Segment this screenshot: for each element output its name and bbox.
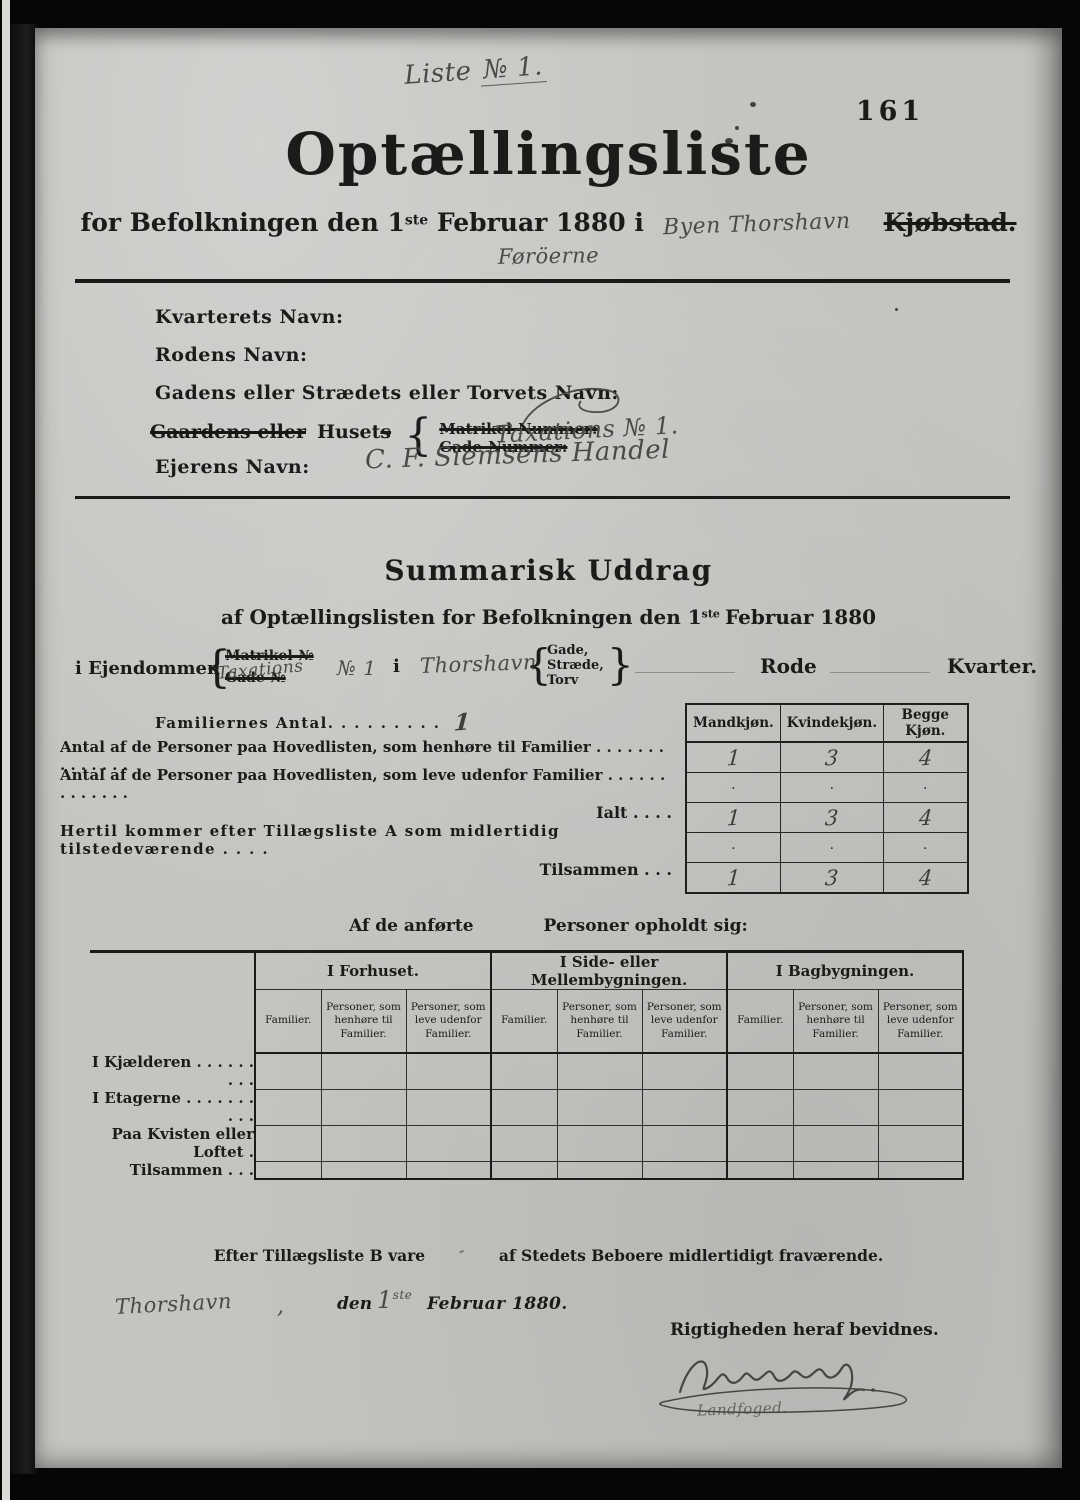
kvarter-label: Kvarter. [947, 654, 1037, 678]
occupancy-title-part1: Af de anførte [349, 916, 473, 936]
building-group-header-row: I Forhuset. I Side- eller Mellembygninge… [90, 952, 963, 990]
handwritten-list-number: Liste № 1. [334, 46, 615, 95]
table-row: 1 3 4 [686, 742, 968, 773]
table-row: Paa Kvisten eller Loftet . [90, 1125, 963, 1161]
gade-line: Gade, [547, 643, 604, 658]
table-cell [642, 1089, 727, 1125]
table-cell: 3 [780, 742, 883, 773]
table-cell [727, 1089, 793, 1125]
sidebygning-group-header: I Side- eller Mellembygningen. [491, 952, 727, 990]
table-cell [727, 1161, 793, 1179]
table-cell [321, 1089, 406, 1125]
ejendommen-prefix: i Ejendommen [75, 658, 220, 679]
table-cell [406, 1161, 491, 1179]
document-subtitle: for Befolkningen den 1ste Februar 1880 i… [35, 208, 1062, 237]
tillaegsliste-a-label: Hertil kommer efter Tillægsliste A som m… [60, 826, 672, 854]
husets-label: Huset [317, 421, 380, 443]
kvarterets-navn-label: Kvarterets Navn: [155, 306, 343, 328]
handwritten-region-name: Føröerne [35, 235, 1062, 277]
absentees-text-2: af Stedets Beboere midlertidigt fraværen… [499, 1246, 883, 1265]
absentees-line: Efter Tillægsliste B vare ″ af Stedets B… [35, 1246, 1062, 1265]
table-cell [878, 1089, 963, 1125]
table-cell: 3 [780, 863, 883, 894]
rodens-navn-label: Rodens Navn: [155, 344, 308, 366]
gade-braces-close: } [607, 640, 634, 689]
table-cell [727, 1125, 793, 1161]
subtitle-printed-1: for Befolkningen den 1 [80, 208, 404, 237]
attestation-label: Rigtigheden heraf bevidnes. [670, 1320, 939, 1340]
handwritten-town-name: Byen Thorshavn [663, 209, 851, 241]
rode-label: Rode [760, 654, 817, 678]
torv-line: Torv [547, 673, 604, 688]
signature-title: Landfoged. [697, 1398, 788, 1419]
handwritten-ditto-mark: ″ [459, 1249, 465, 1265]
summary-title: Summarisk Uddrag [35, 554, 1062, 587]
gender-summary-table: Mandkjøn. Kvindekjøn. Begge Kjøn. 1 3 4 … [685, 703, 969, 894]
handwritten-day-suffix: ste [393, 1288, 413, 1302]
familiernes-antal-row: Familiernes Antal. . . . . . . . . 1 [60, 703, 672, 742]
familiernes-antal-label: Familiernes Antal. . . . . . . . . [155, 714, 440, 732]
tilsammen-label: Tilsammen . . . [60, 854, 672, 884]
summary-subtitle-sup: ste [702, 608, 720, 621]
table-cell [406, 1053, 491, 1089]
table-cell [406, 1089, 491, 1125]
table-row: 1 3 4 [686, 863, 968, 894]
table-cell [642, 1053, 727, 1089]
kvarter-blank-line [830, 672, 930, 673]
table-cell [878, 1125, 963, 1161]
table-cell [727, 1053, 793, 1089]
ink-speck [750, 102, 756, 107]
table-cell [557, 1125, 642, 1161]
horizontal-rule-top [75, 279, 1010, 283]
table-cell [557, 1089, 642, 1125]
table-cell [793, 1053, 878, 1089]
summary-subtitle-2: Februar 1880 [725, 605, 876, 629]
handwritten-place: Thorshavn [114, 1289, 232, 1319]
table-cell: 4 [884, 803, 968, 833]
sidebygning-henhoere-header: Personer, som henhøre til Familier. [557, 990, 642, 1054]
handwritten-list-number-value: № 1. [479, 51, 547, 87]
kjaelderen-row-label: I Kjælderen . . . . . . . . . [90, 1053, 255, 1089]
summary-label-column: Familiernes Antal. . . . . . . . . 1 Ant… [60, 703, 672, 884]
table-cell [642, 1161, 727, 1179]
table-cell: · [686, 833, 780, 863]
printed-date-rest: Februar 1880. [427, 1294, 568, 1314]
sidebygning-udenfor-header: Personer, som leve udenfor Familier. [642, 990, 727, 1054]
table-cell [491, 1125, 557, 1161]
handwritten-day: 1ste [377, 1286, 412, 1314]
table-row: 1 3 4 [686, 803, 968, 833]
kvisten-row-label: Paa Kvisten eller Loftet . [90, 1125, 255, 1161]
census-form-page: Liste № 1. 161 Optællingsliste for Befol… [35, 28, 1062, 1468]
table-cell [878, 1161, 963, 1179]
table-cell [557, 1161, 642, 1179]
table-row: · · · [686, 833, 968, 863]
table-cell: 1 [686, 863, 780, 894]
subtitle-printed-3: Februar 1880 i [437, 208, 644, 237]
absentees-text-1: Efter Tillægsliste B vare [214, 1246, 425, 1265]
table-cell [793, 1161, 878, 1179]
scanned-census-document: { "page_number": "161", "header": { "hw_… [0, 0, 1080, 1500]
table-cell [491, 1089, 557, 1125]
bagbygning-udenfor-header: Personer, som leve udenfor Familier. [878, 990, 963, 1054]
mandkjoen-header: Mandkjøn. [686, 704, 780, 742]
forhuset-henhoere-header: Personer, som henhøre til Familier. [321, 990, 406, 1054]
ink-speck [895, 308, 898, 311]
table-cell [255, 1161, 321, 1179]
table-cell [321, 1125, 406, 1161]
den-label: den [337, 1294, 372, 1314]
table-cell [321, 1053, 406, 1089]
table-cell [255, 1089, 321, 1125]
table-row: · · · [686, 773, 968, 803]
table-cell [491, 1161, 557, 1179]
bagbygning-familier-header: Familier. [727, 990, 793, 1054]
table-cell: · [780, 833, 883, 863]
table-cell [491, 1053, 557, 1089]
subtitle-superscript: ste [405, 213, 428, 229]
empty-label-cell [90, 990, 255, 1054]
handwritten-ejendommen-number: № 1 [337, 656, 377, 680]
handwritten-ejendommen-town: Thorshavn [420, 650, 538, 678]
tilsammen-row-label: Tilsammen . . . [90, 1161, 255, 1179]
table-cell: 1 [686, 803, 780, 833]
table-cell: · [884, 773, 968, 803]
corner-cell [90, 952, 255, 990]
handwritten-comma: , [277, 1294, 285, 1319]
straede-line: Stræde, [547, 658, 604, 673]
building-occupancy-table: I Forhuset. I Side- eller Mellembygninge… [90, 950, 964, 1180]
ejendommen-row: i Ejendommen { Matrikel-№ Gade-№ Taxatio… [75, 640, 1022, 702]
forhuset-familier-header: Familier. [255, 990, 321, 1054]
forhuset-udenfor-header: Personer, som leve udenfor Familier. [406, 990, 491, 1054]
table-cell [406, 1125, 491, 1161]
ejendommen-i-label: i [393, 656, 400, 677]
occupancy-title-part2: Personer opholdt sig: [544, 916, 748, 936]
document-title: Optællingsliste [35, 120, 1062, 188]
sidebygning-familier-header: Familier. [491, 990, 557, 1054]
table-cell: · [780, 773, 883, 803]
summary-subtitle: af Optællingslisten for Befolkningen den… [35, 605, 1062, 629]
table-row: Tilsammen . . . [90, 1161, 963, 1179]
etagerne-row-label: I Etagerne . . . . . . . . . . [90, 1089, 255, 1125]
rode-blank-line [635, 672, 735, 673]
gender-table-header-row: Mandkjøn. Kvindekjøn. Begge Kjøn. [686, 704, 968, 742]
gaardens-eller-struck: Gaardens eller [150, 421, 306, 443]
table-cell: 4 [884, 742, 968, 773]
table-cell: 4 [884, 863, 968, 894]
scan-edge-white-strip [2, 0, 10, 1500]
handwritten-familier-count: 1 [453, 708, 472, 736]
table-cell [793, 1089, 878, 1125]
table-row: I Kjælderen . . . . . . . . . [90, 1053, 963, 1089]
bagbygning-group-header: I Bagbygningen. [727, 952, 963, 990]
kvindekjoen-header: Kvindekjøn. [780, 704, 883, 742]
table-cell [255, 1053, 321, 1089]
table-cell [878, 1053, 963, 1089]
bagbygning-henhoere-header: Personer, som henhøre til Familier. [793, 990, 878, 1054]
table-cell [793, 1125, 878, 1161]
summary-subtitle-1: af Optællingslisten for Befolkningen den… [221, 605, 702, 629]
gade-straede-torv-stack: Gade, Stræde, Torv [547, 643, 604, 688]
struck-kjobstad-label: Kjøbstad. [884, 208, 1017, 237]
table-cell [255, 1125, 321, 1161]
begge-kjoen-header: Begge Kjøn. [884, 704, 968, 742]
occupancy-title-row: Af de anførte Personer opholdt sig: [35, 916, 1062, 936]
horizontal-rule-middle [75, 496, 1010, 499]
table-cell: 3 [780, 803, 883, 833]
husets-struck-s: s [380, 421, 391, 443]
table-cell: · [884, 833, 968, 863]
table-cell [642, 1125, 727, 1161]
book-binding-shadow [10, 24, 38, 1474]
table-cell: · [686, 773, 780, 803]
handwritten-day-number: 1 [377, 1286, 393, 1314]
udenfor-familier-label: Antal af de Personer paa Hovedlisten, so… [60, 770, 672, 798]
ejerens-navn-label: Ejerens Navn: [155, 456, 310, 478]
table-row: I Etagerne . . . . . . . . . . [90, 1089, 963, 1125]
subtitle-printed-2 [428, 208, 437, 237]
table-cell [321, 1161, 406, 1179]
handwritten-list-number-prefix: Liste [403, 56, 472, 91]
forhuset-group-header: I Forhuset. [255, 952, 491, 990]
building-subheader-row: Familier. Personer, som henhøre til Fami… [90, 990, 963, 1054]
table-cell: 1 [686, 742, 780, 773]
table-cell [557, 1053, 642, 1089]
